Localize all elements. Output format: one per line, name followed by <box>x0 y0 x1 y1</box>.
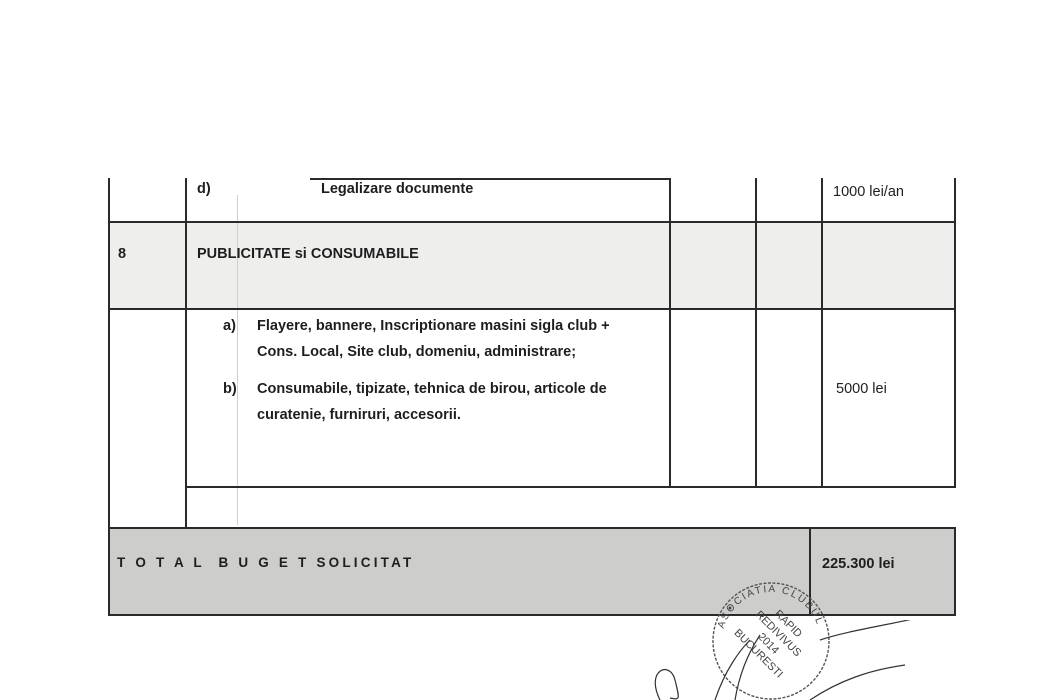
row-divider-1 <box>108 221 956 223</box>
total-label: T O T A L B U G E T SOLICITAT <box>117 555 415 570</box>
table-border-right <box>954 178 956 488</box>
item-b-line2: curatenie, furniruri, accesorii. <box>257 402 677 428</box>
row-8-number: 8 <box>118 246 126 262</box>
item-a-label: a) <box>223 313 236 339</box>
total-top-border <box>108 527 956 529</box>
table-border-left <box>108 178 110 528</box>
row-d-description: Legalizare documente <box>321 181 473 197</box>
list-item-a: a) Flayere, bannere, Inscriptionare masi… <box>223 313 683 365</box>
item-a-line1: Flayere, bannere, Inscriptionare masini … <box>257 313 677 339</box>
table-col-divider-1 <box>185 178 187 528</box>
table-col-divider-4 <box>821 178 823 488</box>
row-8-shading <box>109 222 955 309</box>
total-right-border <box>954 527 956 616</box>
total-left-border <box>108 527 110 616</box>
item-b-line1: Consumabile, tipizate, tehnica de birou,… <box>257 376 677 402</box>
item-b-label: b) <box>223 376 237 402</box>
row-divider-2 <box>108 308 956 310</box>
table-col-divider-3 <box>755 178 757 488</box>
signature <box>640 620 960 700</box>
total-amount: 225.300 lei <box>822 556 895 572</box>
legalizare-top-border <box>310 178 671 180</box>
list-item-b: b) Consumabile, tipizate, tehnica de bir… <box>223 376 683 428</box>
items-amount: 5000 lei <box>836 381 887 397</box>
row-d-amount: 1000 lei/an <box>833 184 904 200</box>
scanned-budget-page: d) Legalizare documente 1000 lei/an 8 PU… <box>0 0 1050 700</box>
row-8-title: PUBLICITATE si CONSUMABILE <box>197 246 419 262</box>
item-a-line2: Cons. Local, Site club, domeniu, adminis… <box>257 339 677 365</box>
row-d-label: d) <box>197 181 211 197</box>
row-divider-3 <box>186 486 956 488</box>
